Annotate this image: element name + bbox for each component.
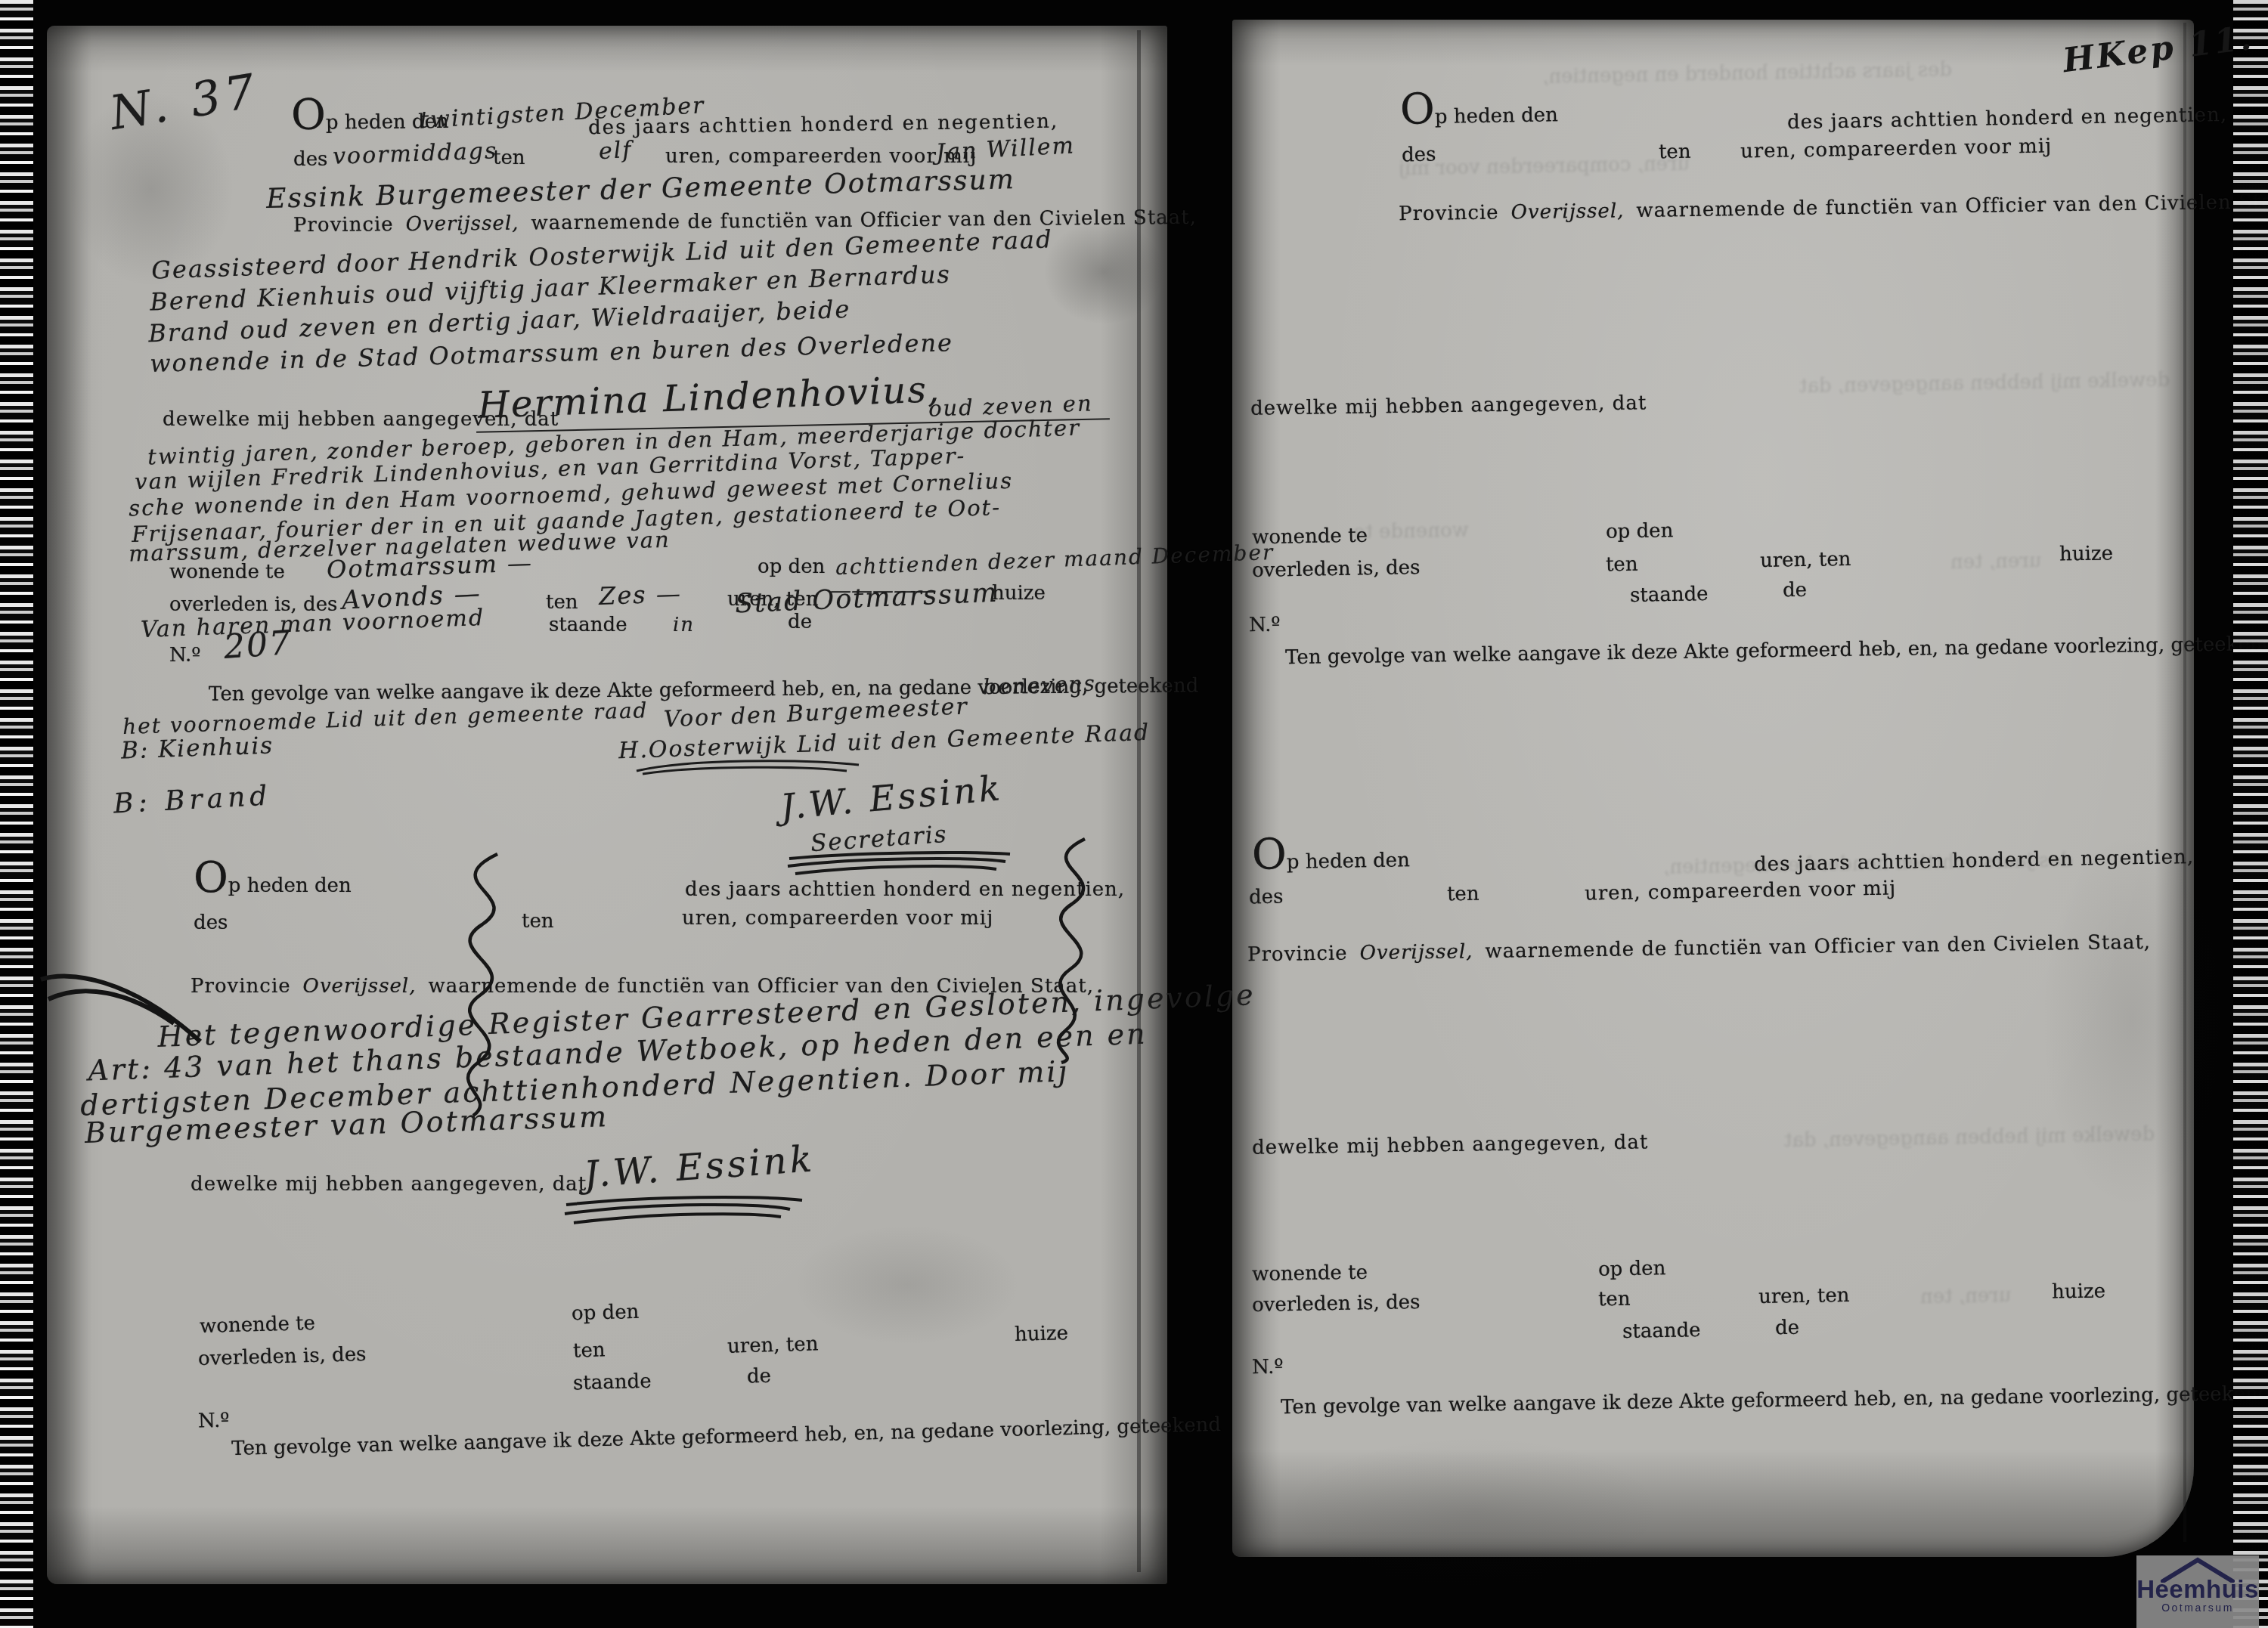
printed-huize: huize — [1015, 1322, 1069, 1346]
ink-smudge — [1043, 219, 1164, 325]
register-scan: des jaars achttien honderd en negentien,… — [0, 0, 2268, 1628]
cancellation-squiggle — [1043, 837, 1104, 1064]
printed-no: N.º — [1249, 614, 1281, 637]
handwritten-in: in — [673, 614, 695, 636]
printed-overijssel: Overijssel, — [405, 212, 519, 236]
printed-des: des — [1402, 144, 1436, 167]
printed-wonende-te: wonende te — [200, 1312, 316, 1338]
printed-ten: ten — [522, 910, 554, 933]
heemhuis-watermark: Heemhuis Ootmarsum — [2136, 1555, 2259, 1628]
printed-wonende-te: wonende te — [1252, 525, 1368, 549]
printed-de: de — [1775, 1317, 1800, 1340]
paper-stain — [2041, 831, 2223, 1209]
printed-op-heden-den: Op heden den — [194, 862, 352, 897]
printed-ten: ten — [1447, 883, 1479, 906]
printed-provincie: Provincie — [293, 213, 394, 237]
printed-op-den: op den — [758, 556, 825, 578]
printed-staande: staande — [549, 614, 627, 636]
printed-overleden: overleden is, des — [1252, 556, 1421, 582]
printed-ten: ten — [1598, 1288, 1631, 1311]
printed-provincie: Provincie — [191, 975, 291, 998]
printed-ten: ten — [493, 147, 525, 169]
printed-uren-ten: uren, ten — [1758, 1284, 1850, 1308]
printed-dewelke: dewelke mij hebben aangegeven, dat — [191, 1173, 587, 1196]
printed-uren-ten: uren, ten — [1760, 548, 1851, 572]
signature-flourish — [635, 757, 862, 777]
signature-kienhuis: B: Kienhuis — [120, 732, 274, 764]
printed-overleden: overleden is, des — [198, 1343, 367, 1370]
printed-huize: huize — [2052, 1280, 2105, 1303]
printed-staande: staande — [573, 1370, 652, 1395]
printed-provincie: Provincie — [1399, 201, 1499, 225]
printed-no: N.º — [169, 644, 201, 667]
printed-wonende-te: wonende te — [1252, 1261, 1368, 1286]
printed-ten: ten — [573, 1339, 606, 1362]
handwritten-death-hour: Zes — — [598, 579, 682, 611]
printed-staande: staande — [1630, 583, 1709, 607]
ink-smudge — [794, 1224, 1021, 1345]
page-edge-line — [2183, 23, 2186, 1542]
bleedthrough-text: uren, ten — [1950, 549, 2042, 574]
printed-op-heden-den: Op heden den — [1252, 836, 1410, 874]
signature-flourish — [786, 851, 1013, 881]
printed-des: des — [293, 148, 327, 171]
signature-flourish — [563, 1196, 805, 1229]
printed-de: de — [1783, 579, 1808, 602]
watermark-title: Heemhuis — [2136, 1578, 2259, 1601]
printed-no: N.º — [198, 1409, 230, 1432]
printed-op-heden-den: Op heden den — [1400, 91, 1558, 129]
bleedthrough-text: wonende te — [1353, 519, 1469, 544]
printed-huize: huize — [2059, 542, 2113, 565]
printed-huize: huize — [992, 582, 1046, 605]
printed-overleden: overleden is, des — [1252, 1291, 1421, 1317]
printed-overijssel: Overijssel, — [1510, 200, 1624, 224]
paper-stain — [1285, 1436, 1663, 1587]
handwritten-hour: elf — [598, 137, 633, 165]
printed-uren-ten: uren, ten — [727, 1332, 819, 1357]
handwritten-benevens: benevens — [982, 670, 1096, 699]
printed-compareerden: uren, compareerden voor mij — [665, 145, 977, 168]
printed-compareerden: uren, compareerden voor mij — [682, 907, 993, 930]
printed-des: des — [194, 911, 228, 934]
printed-no: N.º — [1252, 1356, 1284, 1379]
right-page — [1232, 20, 2194, 1557]
film-edge-left — [0, 0, 33, 1628]
printed-overijssel: Overijssel, — [303, 975, 417, 998]
printed-op-den: op den — [572, 1301, 640, 1325]
opening-flourish — [38, 969, 204, 1052]
printed-staande: staande — [1622, 1319, 1701, 1343]
printed-overijssel: Overijssel, — [1359, 940, 1473, 964]
printed-ten: ten — [1659, 141, 1691, 164]
bleedthrough-text: uren, ten — [1920, 1284, 2012, 1308]
handwritten-house-number: 207 — [222, 624, 293, 667]
watermark-subtitle: Ootmarsum — [2161, 1602, 2234, 1614]
printed-ten: ten — [546, 591, 578, 614]
film-edge-right — [2233, 0, 2268, 1628]
cancellation-squiggle — [452, 853, 513, 1117]
printed-ten: ten — [1606, 553, 1638, 577]
printed-provincie: Provincie — [1247, 942, 1348, 966]
printed-wonende-te: wonende te — [169, 561, 285, 583]
printed-des: des — [1249, 886, 1284, 909]
printed-op-den: op den — [1606, 519, 1674, 543]
printed-op-den: op den — [1598, 1257, 1666, 1281]
printed-de: de — [747, 1365, 772, 1388]
